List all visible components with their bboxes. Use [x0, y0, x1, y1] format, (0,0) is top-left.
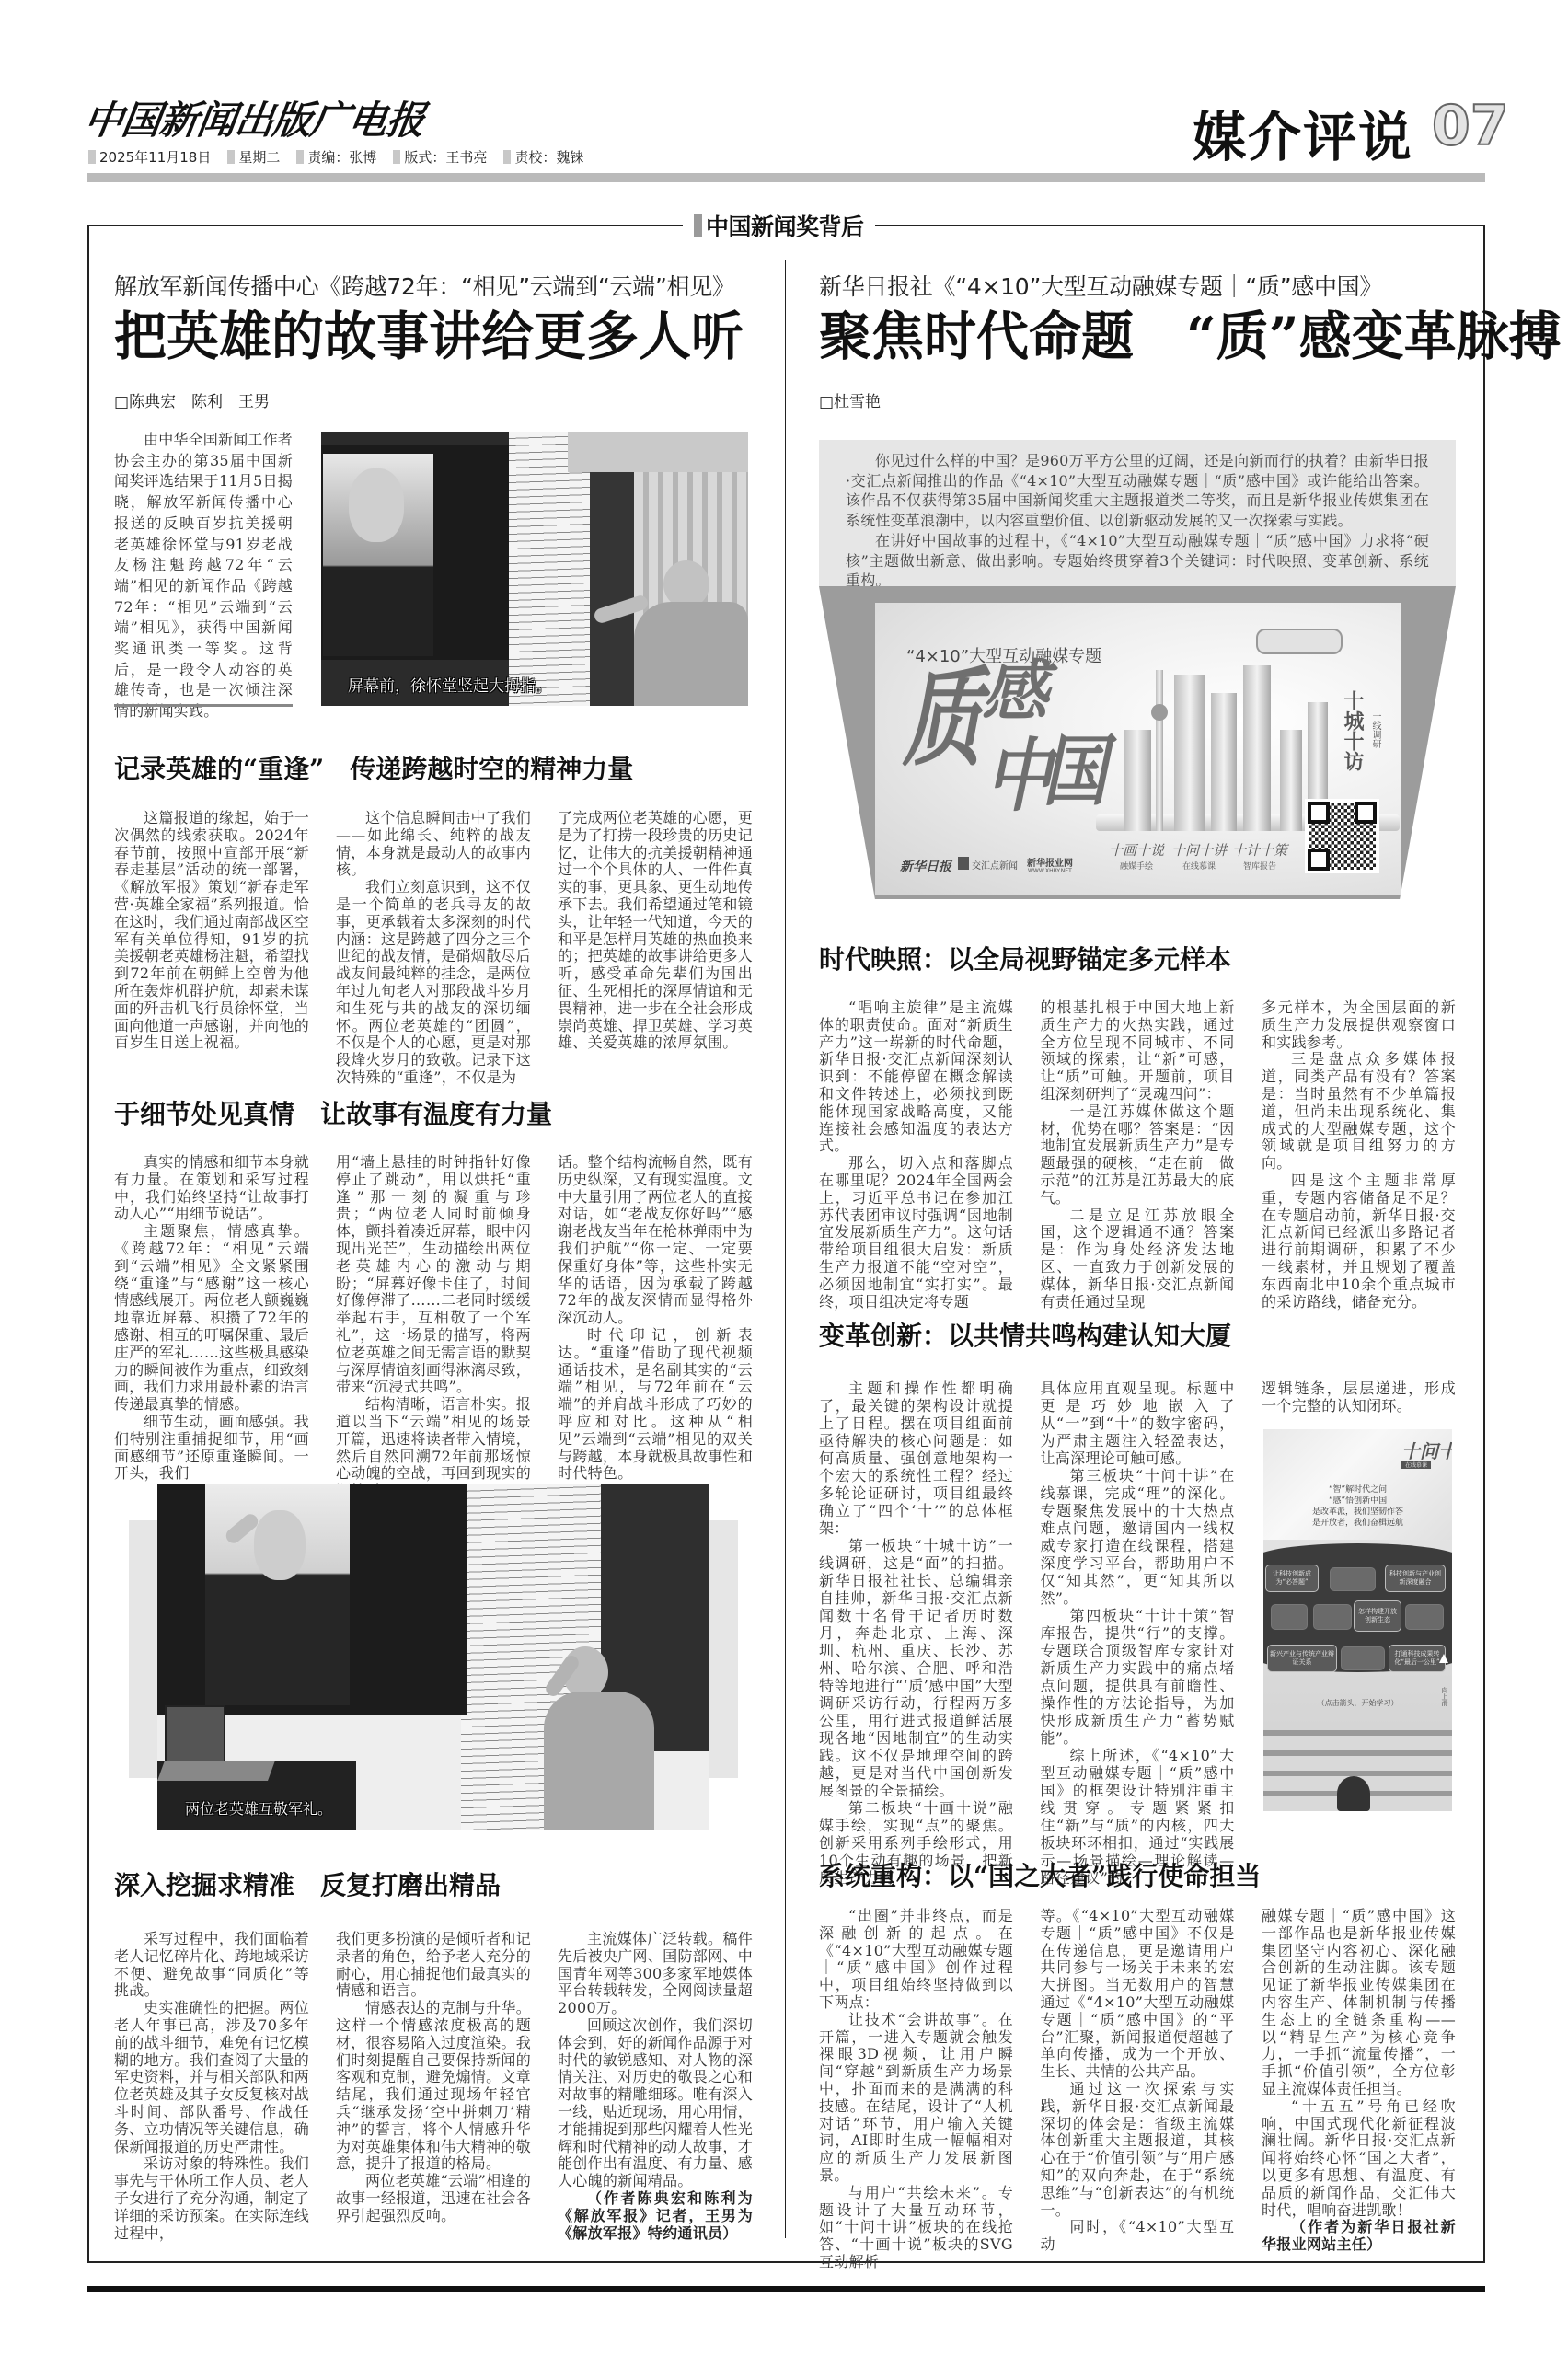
left-article-intro: 由中华全国新闻工作者协会主办的第35届中国新闻奖评选结果于11月5日揭晓，解放军… — [114, 430, 293, 722]
left-article-byline: □陈典宏 陈利 王男 — [114, 388, 270, 411]
tv-tower — [1156, 670, 1163, 831]
veteran-face-on-screen — [254, 1510, 306, 1580]
paragraph: 细节生动，画面感强。我们特别注重捕捉细节，用“画面感细节”还原重逢瞬间。一开头，… — [114, 1414, 309, 1483]
paragraph: “唱响主旋律”是主流媒体的职责使命。面对“新质生产力”这一崭新的时代命题，新华日… — [819, 999, 1013, 1155]
text-column: “唱响主旋律”是主流媒体的职责使命。面对“新质生产力”这一崭新的时代命题，新华日… — [819, 999, 1013, 1311]
left-article-headline: 把英雄的故事讲给更多人听 — [114, 306, 744, 367]
text-column: 等。《“4×10”大型互动融媒专题｜“质”感中国》不仅是在传递信息，更是邀请用户… — [1041, 1908, 1235, 2271]
course-tile: 让科技创新成为“必答题” — [1265, 1565, 1319, 1592]
paragraph: 情感表达的克制与升华。这样一个情感浓度极高的题材，很容易陷入过度渲染。我们时刻提… — [336, 2000, 531, 2173]
swipe-up-label: 向上滑 — [1440, 1687, 1449, 1706]
paragraph: 逻辑链条，层层递进，形成一个完整的认知闭环。 — [1262, 1380, 1456, 1415]
paragraph: 通过这一次探索与实践，新华日报·交汇点新闻最深切的体会是：省级主流媒体创新重大主… — [1041, 2081, 1235, 2219]
newspaper-masthead: 中国新闻出版广电报 — [81, 90, 428, 145]
poster-title-char: 国 — [1043, 733, 1107, 810]
veteran-face-on-screen — [349, 468, 404, 542]
paragraph: 主题聚焦，情感真挚。《跨越72年：“相见”云端到“云端”相见》全文紧紧围绕“重逢… — [114, 1223, 309, 1414]
course-tile: 科技创新与产业创新深度融合 — [1385, 1565, 1446, 1592]
intro-paragraph: 在讲好中国故事的过程中，《“4×10”大型互动融媒专题｜“质”感中国》力求将“硬… — [846, 531, 1429, 591]
photo-caption: 屏幕前，徐怀堂竖起大拇指。 — [348, 673, 551, 696]
module-name: 十画十说 — [1109, 840, 1164, 860]
tower-sphere — [1151, 704, 1168, 721]
text-column: 我们更多扮演的是倾听者和记录者的角色，给予老人充分的耐心，用心捕捉他们最真实的情… — [336, 1931, 531, 2242]
paragraph: 同时，《“4×10”大型互动 — [1041, 2219, 1235, 2254]
text-column: 采写过程中，我们面临着老人记忆碎片化、跨地域采访不便、避免故事“同质化”等挑战。… — [114, 1931, 309, 2242]
square-bullet-icon — [88, 150, 96, 164]
side-image-slogans: “智”解时代之问 “感”悟创新中国 是改革派，我们坚韧作答 是开放者，我们奋楫远… — [1263, 1484, 1452, 1529]
tag-square-icon — [694, 214, 702, 237]
paragraph: 回顾这次创作，我们深切体会到，好的新闻作品源于对时代的敏锐感知、对人物的深情关注… — [558, 2017, 753, 2190]
paragraph: 主题和操作性都明确了，最关键的架构设计就提上了日程。摆在项目组面前亟待解决的核心… — [819, 1380, 1013, 1537]
module-name: 十问十讲 — [1171, 840, 1227, 860]
paragraph: “十五五”号角已经吹响，中国式现代化新征程波澜壮阔。新华日报·交汇点新闻将始终心… — [1262, 2098, 1456, 2220]
paragraph: 这个信息瞬间击中了我们——如此绵长、纯粹的战友情，本身就是最动人的故事内核。 — [336, 810, 531, 879]
paragraph: 一是江苏媒体做这个题材，优势在哪？答案是：“因地制宜发展新质生产力”是专题最强的… — [1041, 1103, 1235, 1207]
paragraph: 等。《“4×10”大型互动融媒专题｜“质”感中国》不仅是在传递信息，更是邀请用户… — [1041, 1908, 1235, 2081]
text-column: 具体应用直观呈现。标题中更是巧妙地嵌入了从“一”到“十”的数字密码，为严肃主题注… — [1041, 1380, 1235, 1887]
paragraph: 用“墙上悬挂的时钟指针好像停止了跳动”，用以烘托“重逢”那一刻的凝重与珍贵；“两… — [336, 1154, 531, 1396]
slogan-line: 是开放者，我们奋楫远航 — [1263, 1518, 1452, 1529]
poster-module: 十画十说 融媒手绘 — [1109, 840, 1164, 872]
paragraph: 采访对象的特殊性。我们事先与干休所工作人员、老人子女进行了充分沟通，制定了详细的… — [114, 2155, 309, 2242]
drone-icon — [1256, 629, 1343, 654]
logo-jiaohuidian: 交汇点新闻 — [972, 858, 1018, 872]
poster-title-char: 感 — [982, 658, 1048, 724]
course-tile — [1313, 1604, 1352, 1630]
module-desc: 融媒手绘 — [1109, 860, 1164, 872]
meta-proofreader-text: 责校：魏铼 — [514, 147, 583, 167]
qr-finder — [1308, 849, 1330, 871]
masthead-rule — [87, 173, 1485, 182]
paragraph: 多元样本，为全国层面的新质生产力发展提供观察窗口和实践参考。 — [1262, 999, 1456, 1051]
section-body: “唱响主旋律”是主流媒体的职责使命。面对“新质生产力”这一崭新的时代命题，新华日… — [819, 999, 1456, 1311]
text-column: 用“墙上悬挂的时钟指针好像停止了跳动”，用以烘托“重逢”那一刻的凝重与珍贵；“两… — [336, 1154, 531, 1500]
article-divider — [785, 260, 786, 2238]
meta-weekday-text: 星期二 — [238, 147, 280, 167]
right-article-byline: □杜雪艳 — [819, 388, 881, 411]
side-image-hint: （点击箭头，开始学习） — [1263, 1698, 1452, 1708]
paragraph: 具体应用直观呈现。标题中更是巧妙地嵌入了从“一”到“十”的数字密码，为严肃主题注… — [1041, 1380, 1235, 1467]
meta-proofreader: 责校：魏铼 — [503, 147, 583, 167]
slogan-line: 是改革派，我们坚韧作答 — [1263, 1507, 1452, 1518]
veteran-body — [634, 602, 748, 706]
paragraph: 融媒专题｜“质”感中国》这一部作品也是新华报业传媒集团坚守内容初心、深化融合创新… — [1262, 1908, 1456, 2098]
meta-layout: 版式：王书亮 — [393, 147, 487, 167]
paragraph: 第三板块“十问十讲”在线慕课，完成“理”的深化。专题聚焦发展中的十大热点难点问题… — [1041, 1467, 1235, 1607]
issue-meta: 2025年11月18日 星期二 责编：张博 版式：王书亮 责校：魏铼 — [88, 147, 583, 167]
intro-paragraph: 你见过什么样的中国？是960万平方公里的辽阔，还是向新而行的执着？由新华日报·交… — [846, 451, 1429, 531]
square-bullet-icon — [296, 150, 304, 164]
author-note: （作者为新华日报社新华报业网站主任） — [1262, 2219, 1456, 2254]
qr-finder — [1355, 802, 1377, 824]
text-column: 的根基扎根于中国大地上新质生产力的火热实践，通过全方位呈现不同城市、不同领域的探… — [1041, 999, 1235, 1311]
paragraph: 主流媒体广泛转载。稿件先后被央广网、国防部网、中国青年网等300多家军地媒体平台… — [558, 1931, 753, 2017]
photo-video-call-thumbs-up: 屏幕前，徐怀堂竖起大拇指。 — [321, 432, 748, 706]
poster-module: 十问十讲 在线慕课 — [1171, 840, 1227, 872]
logo-url: WWW.XHBY.NET — [1028, 868, 1072, 874]
text-column: 主流媒体广泛转载。稿件先后被央广网、国防部网、中国青年网等300多家军地媒体平台… — [558, 1931, 753, 2242]
section-heading: 深入挖掘求精准 反复打磨出精品 — [114, 1873, 501, 1899]
side-image-online-course: 十问十讲 在线慕课 “智”解时代之问 “感”悟创新中国 是改革派，我们坚韧作答 … — [1263, 1429, 1452, 1811]
column-tag: 中国新闻奖背后 — [683, 211, 875, 240]
section-heading: 系统重构：以“国之大者”践行使命担当 — [819, 1864, 1261, 1889]
module-name: 十计十策 — [1232, 840, 1287, 860]
text-column: 这篇报道的缘起，始于一次偶然的线索获取。2024年春节前，按照中宣部开展“新春走… — [114, 810, 309, 1087]
paragraph: 了完成两位老英雄的心愿，更是为了打捞一段珍贵的历史记忆，让伟大的抗美援朝精神通过… — [558, 810, 753, 1052]
poster-side-sublabel: 一线调研 — [1368, 711, 1382, 748]
paragraph: 让技术“会讲故事”。在开篇，一进入专题就会触发裸眼3D视频，让用户瞬间“穿越”到… — [819, 2012, 1013, 2185]
veteran-body — [544, 1692, 654, 1830]
text-column: 这个信息瞬间击中了我们——如此绵长、纯粹的战友情，本身就是最动人的故事内核。 我… — [336, 810, 531, 1087]
course-tile: 怎样构建开放创新生态 — [1354, 1600, 1401, 1632]
course-tile — [1341, 1646, 1385, 1670]
text-column: 融媒专题｜“质”感中国》这一部作品也是新华报业传媒集团坚守内容初心、深化融合创新… — [1262, 1908, 1456, 2271]
qr-code — [1305, 799, 1379, 873]
dark-wall — [590, 432, 634, 706]
arrow-up-icon — [1439, 1654, 1448, 1663]
paragraph: 的根基扎根于中国大地上新质生产力的火热实践，通过全方位呈现不同城市、不同领域的探… — [1041, 999, 1235, 1103]
building — [1211, 693, 1237, 831]
module-desc: 在线慕课 — [1171, 860, 1227, 872]
section-heading: 变革创新：以共情共鸣构建认知大厦 — [819, 1323, 1231, 1349]
paragraph: 采写过程中，我们面临着老人记忆碎片化、跨地域采访不便、避免故事“同质化”等挑战。 — [114, 1931, 309, 2000]
poster-zhigan-zhongguo: “4×10”大型互动融媒专题 质 感 中 国 十城十访 一线调研 十画十说 融媒… — [875, 603, 1401, 895]
logo-xinhua-daily: 新华日报 — [900, 857, 951, 875]
building — [1280, 730, 1302, 831]
section-body: “出圈”并非终点，而是深融创新的起点。在《“4×10”大型互动融媒专题｜“质”感… — [819, 1908, 1456, 2271]
paragraph: 三是盘点众多媒体报道，同类产品有没有？答案是：当时虽然有不少单篇报道，但尚未出现… — [1262, 1051, 1456, 1172]
paragraph: 时代印记，创新表达。“重逢”借助了现代视频通话技术，是名副其实的“云端”相见，与… — [558, 1327, 753, 1483]
module-desc: 智库报告 — [1232, 860, 1287, 872]
meta-editor: 责编：张博 — [296, 147, 376, 167]
course-tile — [1271, 1604, 1308, 1630]
poster-module: 十计十策 智库报告 — [1232, 840, 1287, 872]
square-bullet-icon — [503, 150, 511, 164]
page-bottom-rule — [87, 2286, 1485, 2292]
section-body: 采写过程中，我们面临着老人记忆碎片化、跨地域采访不便、避免故事“同质化”等挑战。… — [114, 1931, 753, 2242]
poster-side-label: 十城十访 — [1339, 690, 1367, 771]
section-heading: 时代映照：以全局视野锚定多元样本 — [819, 947, 1231, 973]
meta-layout-text: 版式：王书亮 — [404, 147, 487, 167]
square-bullet-icon — [227, 150, 235, 164]
page-number: 07 — [1432, 94, 1509, 158]
paragraph: 第四板块“十计十策”智库报告，提供“行”的支撑。专题联合顶级智库专家针对新质生产… — [1041, 1607, 1235, 1747]
text-column: 主题和操作性都明确了，最关键的架构设计就提上了日程。摆在项目组面前亟待解决的核心… — [819, 1380, 1013, 1887]
course-tile — [1405, 1604, 1444, 1630]
slogan-line: “智”解时代之问 — [1263, 1484, 1452, 1496]
slogan-line: “感”悟创新中国 — [1263, 1496, 1452, 1507]
laptop-keyboard — [157, 1761, 275, 1781]
paragraph: 二是立足江苏放眼全国，这个逻辑通不通？答案是：作为身处经济发达地区、一直致力于创… — [1041, 1207, 1235, 1311]
poster-title-char: 质 — [903, 666, 982, 773]
paragraph: 这篇报道的缘起，始于一次偶然的线索获取。2024年春节前，按照中宣部开展“新春走… — [114, 810, 309, 1052]
text-column: 真实的情感和细节本身就有力量。在策划和采写过程中，我们始终坚持“让故事打动人心”… — [114, 1154, 309, 1500]
paragraph: 话。整个结构流畅自然，既有历史纵深，又有现实温度。文中大量引用了两位老人的直接对… — [558, 1154, 753, 1327]
author-note: （作者陈典宏和陈利为《解放军报》记者，王男为《解放军报》特约通讯员） — [558, 2190, 753, 2242]
text-column: “出圈”并非终点，而是深融创新的起点。在《“4×10”大型互动融媒专题｜“质”感… — [819, 1908, 1013, 2271]
section-body: 这篇报道的缘起，始于一次偶然的线索获取。2024年春节前，按照中宣部开展“新春走… — [114, 810, 753, 1087]
paragraph: 我们更多扮演的是倾听者和记录者的角色，给予老人充分的耐心，用心捕捉他们最真实的情… — [336, 1931, 531, 2000]
building — [1124, 730, 1151, 831]
paragraph: 真实的情感和细节本身就有力量。在策划和采写过程中，我们始终坚持“让故事打动人心”… — [114, 1154, 309, 1223]
meta-editor-text: 责编：张博 — [307, 147, 376, 167]
jiaohuidian-logo-icon — [958, 857, 969, 870]
paragraph: 那么，切入点和落脚点在哪里呢？2024年全国两会上，习近平总书记在参加江苏代表团… — [819, 1155, 1013, 1311]
column-tag-label: 中国新闻奖背后 — [706, 209, 864, 242]
photo-caption: 两位老英雄互敬军礼。 — [185, 1797, 332, 1819]
course-tile: 打通科技成果转化“最后一公里” — [1389, 1645, 1446, 1672]
meta-date: 2025年11月18日 — [88, 147, 211, 167]
text-column: 话。整个结构流畅自然，既有历史纵深，又有现实温度。文中大量引用了两位老人的直接对… — [558, 1154, 753, 1500]
side-image-logo: 十问十讲 — [1401, 1437, 1452, 1463]
building — [1243, 665, 1271, 831]
section-body: 真实的情感和细节本身就有力量。在策划和采写过程中，我们始终坚持“让故事打动人心”… — [114, 1154, 753, 1500]
meta-weekday: 星期二 — [227, 147, 280, 167]
side-image-logo-sub: 在线慕课 — [1401, 1461, 1431, 1469]
course-tile: 新兴产业与传统产业辩证关系 — [1267, 1645, 1337, 1672]
paragraph: 第一板块“十城十访”一线调研，这是“面”的扫描。新华日报社社长、总编辑亲自挂帅，… — [819, 1537, 1013, 1799]
square-bullet-icon — [393, 150, 400, 164]
course-tile — [1330, 1567, 1376, 1591]
intro-paragraph: 由中华全国新闻工作者协会主办的第35届中国新闻奖评选结果于11月5日揭晓，解放军… — [114, 430, 293, 722]
qr-finder — [1308, 802, 1330, 824]
paragraph: 四是这个主题非常厚重，专题内容储备足不足？在专题启动前，新华日报·交汇点新闻已经… — [1262, 1172, 1456, 1311]
paragraph: 与用户“共绘未来”。专题设计了大量互动环节，如“十问十讲”板块的在线抢答、“十画… — [819, 2185, 1013, 2271]
striped-wall — [509, 432, 590, 706]
paragraph: 史实准确性的把握。两位老人年事已高，涉及70多年前的战斗细节，难免有记忆模糊的地… — [114, 2000, 309, 2155]
viewer-head — [1337, 1776, 1370, 1811]
section-heading: 于细节处见真情 让故事有温度有力量 — [114, 1102, 552, 1127]
photo-mutual-salute: 两位老英雄互敬军礼。 — [157, 1484, 709, 1830]
paragraph: 两位老英雄“云端”相逢的故事一经报道，迅速在社会各界引起强烈反响。 — [336, 2173, 531, 2224]
page-section-title: 媒介评说 — [1193, 94, 1413, 171]
intro-rule — [114, 704, 293, 707]
right-article-intro-box: 你见过什么样的中国？是960万平方公里的辽阔，还是向新而行的执着？由新华日报·交… — [819, 440, 1456, 586]
logo-xhby: 新华报业网 — [1027, 855, 1073, 869]
right-article-headline: 聚焦时代命题 “质”感变革脉搏 — [819, 306, 1562, 367]
left-article-kicker: 解放军新闻传播中心《跨越72年：“相见”云端到“云端”相见》 — [114, 269, 735, 302]
ceiling — [568, 432, 748, 472]
paragraph: 我们立刻意识到，这不仅是一个简单的老兵寻友的故事，更承载着太多深刻的时代内涵：这… — [336, 879, 531, 1087]
right-article-kicker: 新华日报社《“4×10”大型互动融媒专题｜“质”感中国》 — [819, 269, 1382, 302]
building — [1174, 675, 1205, 831]
text-column: 多元样本，为全国层面的新质生产力发展提供观察窗口和实践参考。 三是盘点众多媒体报… — [1262, 999, 1456, 1311]
meta-date-text: 2025年11月18日 — [99, 147, 211, 167]
paragraph: “出圈”并非终点，而是深融创新的起点。在《“4×10”大型互动融媒专题｜“质”感… — [819, 1908, 1013, 2012]
text-column: 了完成两位老英雄的心愿，更是为了打捞一段珍贵的历史记忆，让伟大的抗美援朝精神通过… — [558, 810, 753, 1087]
section-heading: 记录英雄的“重逢” 传递跨越时空的精神力量 — [114, 756, 633, 782]
